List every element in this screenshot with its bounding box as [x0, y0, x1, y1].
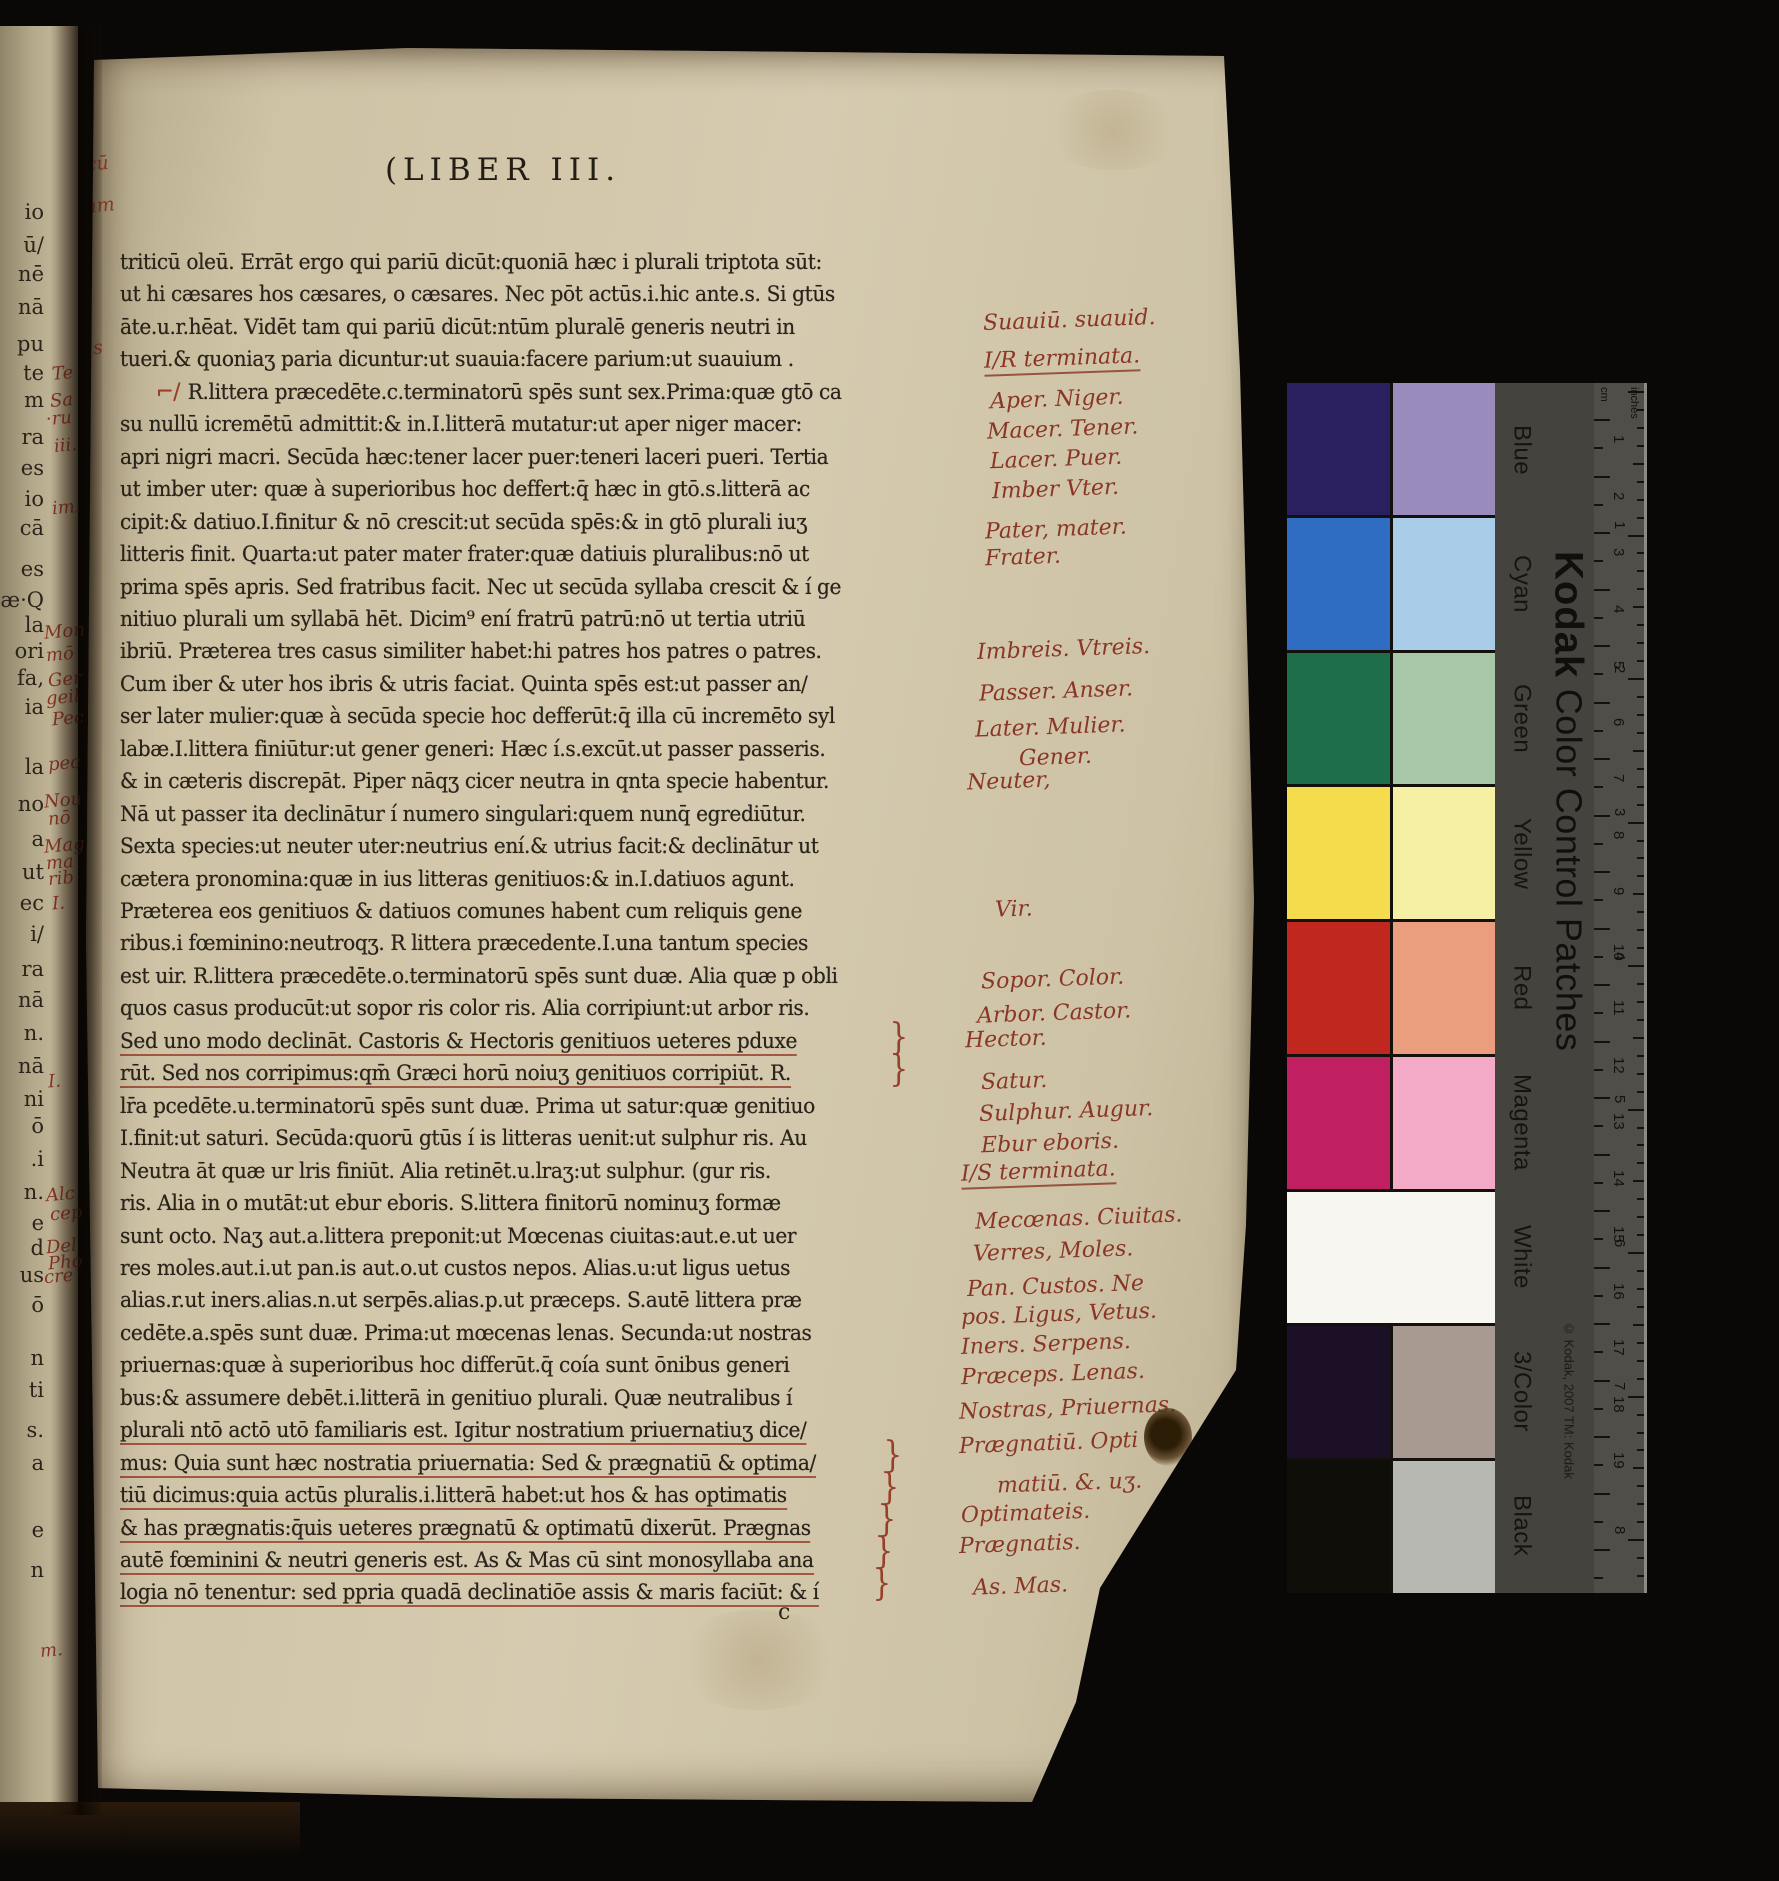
tint-green [1393, 653, 1496, 785]
ruler-inch-tick [1633, 1324, 1644, 1326]
card-label-blue: Blue [1501, 383, 1541, 517]
ruler-cm-tick [1594, 871, 1610, 873]
margin-note: Satur. [981, 1068, 1048, 1095]
ruler-inch-tick [1633, 606, 1644, 608]
text-line-text: I.finit:ut saturi. Secūda:quorū gtūs í i… [120, 1126, 807, 1150]
text-line: plurali ntō actō utō familiaris est. Igi… [120, 1418, 806, 1442]
ink-blot [1144, 1408, 1192, 1466]
ruler-inch-tick [1637, 1144, 1644, 1146]
margin-note: Suauiū. suauid. [983, 305, 1156, 336]
ruler-inch-tick [1637, 1557, 1644, 1559]
ruler-cm-tick [1594, 1549, 1610, 1551]
verso-red-fragment: cep [49, 1202, 83, 1226]
ruler-inch-tick [1637, 983, 1644, 985]
ruler-inch-tick [1637, 499, 1644, 501]
patch-black [1287, 1461, 1390, 1593]
ruler-cm-tick [1594, 560, 1603, 562]
ruler-inch-number: 2 [1611, 665, 1628, 673]
card-label-text: Yellow [1507, 818, 1535, 890]
ruler-inch-tick [1633, 893, 1644, 895]
text-line: priuernas:quæ à superioribus hoc differū… [120, 1353, 789, 1377]
ruler-inch-tick [1637, 1234, 1644, 1236]
verso-red-fragment: m. [39, 1639, 64, 1662]
ruler-cm-tick [1594, 815, 1610, 817]
ruler-cm-tick [1594, 899, 1603, 901]
text-line-text: cætera pronomina:quæ in ius litteras gen… [120, 867, 794, 891]
patch-cyan [1287, 518, 1390, 650]
card-brand-text: Kodak Color Control Patches [1545, 551, 1590, 1051]
margin-note: Hector. [965, 1026, 1048, 1054]
verso-text-fragment: ra [21, 957, 44, 981]
ruler-inch-tick [1628, 535, 1644, 537]
card-copyright: © Kodak, 2007 TM: Kodak [1561, 1321, 1576, 1479]
ruler-cm-tick [1594, 928, 1610, 930]
text-line: ut imber uter: quæ à superioribus hoc de… [120, 477, 810, 501]
ruler-inch-tick [1637, 1360, 1644, 1362]
verso-page-edge: ioū/nēnāputemraesiocāesæ·Qlaorifa,ialano… [0, 26, 78, 1815]
ruler-inch-tick [1637, 481, 1644, 483]
ruler-inch-tick [1633, 1467, 1644, 1469]
margin-note: Neuter, [967, 768, 1051, 796]
verso-text-fragment: io [25, 200, 44, 224]
ruler-inch-tick [1637, 696, 1644, 698]
ruler-cm-number: 8 [1610, 831, 1627, 839]
patch-white [1287, 1192, 1495, 1324]
text-line-text: prima spēs apris. Sed fratribus facit. N… [120, 575, 841, 599]
text-line: autē fœminini & neutri generis est. As &… [120, 1548, 814, 1572]
ruler-cm-tick [1594, 984, 1610, 986]
ruler-inch-tick [1637, 1216, 1644, 1218]
ruler-inch-tick [1628, 1539, 1644, 1541]
verso-red-fragment: geil [45, 686, 80, 710]
verso-text-fragment: e [32, 1211, 44, 1235]
verso-text-fragment: cā [20, 516, 44, 540]
ruler-inch-tick [1637, 1162, 1644, 1164]
verso-text-fragment: nā [18, 988, 44, 1012]
ruler-inch-tick [1637, 1521, 1644, 1523]
card-label-text: Cyan [1507, 555, 1535, 613]
verso-text-fragment: i/ [30, 922, 44, 946]
ruler-inch-tick [1637, 1378, 1644, 1380]
verso-red-fragment: iii. [53, 434, 78, 457]
ruler-inch-tick [1637, 804, 1644, 806]
text-line: & in cæteris discrepāt. Piper nāqʒ cicer… [120, 769, 829, 793]
ruler-inch-tick [1637, 1575, 1644, 1577]
ruler-inch-tick [1637, 1198, 1644, 1200]
text-line-text: alias.r.ut iners.alias.n.ut serpēs.alias… [120, 1288, 802, 1312]
ruler-cm-tick [1594, 1069, 1603, 1071]
verso-red-fragment: I. [47, 1070, 62, 1092]
card-label-text: White [1507, 1225, 1535, 1289]
ruler-inch-tick [1637, 911, 1644, 913]
text-line: labæ.I.littera finiūtur:ut gener generi:… [120, 737, 825, 761]
card-label-cyan: Cyan [1501, 517, 1541, 651]
margin-note: Optimateis. [961, 1499, 1091, 1528]
ruler-inch-tick [1637, 409, 1644, 411]
text-line: apri nigri macri. Secūda hæc:tener lacer… [120, 445, 828, 469]
margin-note: Imber Vter. [992, 475, 1120, 504]
ruler-inch-tick [1637, 1432, 1644, 1434]
text-line-text: R.littera præcedēte.c.terminatorū spēs s… [188, 380, 842, 404]
text-line: ibriū. Præterea tres casus similiter hab… [120, 639, 822, 663]
ruler-inch-number: 3 [1611, 808, 1628, 816]
text-line-text: est uir. R.littera præcedēte.o.terminato… [120, 964, 838, 988]
text-line: āte.u.r.hēat. Vidēt tam qui pariū dicūt:… [120, 315, 795, 339]
verso-text-fragment: ut [22, 860, 44, 884]
verso-red-fragment: Mon [43, 619, 86, 643]
ruler-inch-tick [1637, 427, 1644, 429]
ruler-inch-tick [1628, 822, 1644, 824]
ruler-inch-tick [1637, 1019, 1644, 1021]
margin-note: Mecœnas. Ciuitas. [975, 1202, 1183, 1234]
text-line-text: quos casus producūt:ut sopor ris color r… [120, 996, 809, 1020]
ruler-cm-tick [1594, 1323, 1610, 1325]
card-label-white: White [1501, 1190, 1541, 1324]
ruler-inch-number: 7 [1611, 1382, 1628, 1390]
text-line-text: ris. Alia in o mutāt:ut ebur eboris. S.l… [120, 1191, 781, 1215]
text-line: Sexta species:ut neuter uter:neutrius en… [120, 834, 818, 858]
verso-red-fragment: Te [51, 362, 74, 385]
verso-text-fragment: n. [24, 1180, 44, 1204]
ruler-cm-number: 9 [1610, 887, 1627, 895]
margin-note: Iners. Serpens. [961, 1329, 1132, 1360]
ruler-cm-tick [1594, 786, 1603, 788]
text-line-text: ser later mulier:quæ à secūda specie hoc… [120, 704, 835, 728]
text-line-text: rūt. Sed nos corripimus:qm̄ Græci horū n… [120, 1061, 791, 1088]
ruler-cm-tick [1594, 1464, 1603, 1466]
text-line: cedēte.a.spēs sunt duæ. Prima:ut mœcenas… [120, 1321, 811, 1345]
ruler-cm-tick [1594, 673, 1603, 675]
ruler-cm-number: 7 [1610, 774, 1627, 782]
ruler-inch-tick [1637, 732, 1644, 734]
text-line: Cum iber & uter hos ibris & utris faciat… [120, 672, 807, 696]
ruler-cm-tick [1594, 532, 1610, 534]
verso-red-fragment: Pec [51, 707, 85, 731]
verso-text-fragment: s. [27, 1418, 44, 1442]
ruler-inch-tick [1637, 1306, 1644, 1308]
text-line-text: priuernas:quæ à superioribus hoc differū… [120, 1353, 789, 1377]
margin-note: Imbreis. Vtreis. [977, 634, 1151, 665]
ruler-cm-tick [1594, 1351, 1603, 1353]
verso-red-fragment: cre [43, 1265, 74, 1288]
tint-black [1393, 1461, 1496, 1593]
verso-red-fragment: rib [47, 867, 75, 890]
ruler-inch-tick [1628, 1109, 1644, 1111]
margin-note: Gener. [1019, 744, 1093, 772]
ruler-cm-tick [1594, 1097, 1610, 1099]
ruler-inch-tick [1633, 750, 1644, 752]
ruler-cm-tick [1594, 589, 1610, 591]
verso-text-fragment: e [32, 1518, 44, 1542]
card-label-text: Magenta [1507, 1074, 1535, 1171]
margin-note: matiū. &. uʒ. [997, 1468, 1143, 1498]
verso-text-fragment: pu [17, 332, 44, 356]
ruler-inch-tick [1637, 768, 1644, 770]
ruler-cm-tick [1594, 1125, 1603, 1127]
tint-yellow [1393, 787, 1496, 919]
text-line-text: autē fœminini & neutri generis est. As &… [120, 1548, 814, 1575]
text-line: ris. Alia in o mutāt:ut ebur eboris. S.l… [120, 1191, 781, 1215]
ruler-inch-number: 8 [1611, 1526, 1628, 1534]
tint-3/color [1393, 1326, 1496, 1458]
ruler-inch-tick [1637, 1055, 1644, 1057]
margin-note: Sopor. Color. [981, 965, 1125, 995]
ruler-cm-tick [1594, 504, 1603, 506]
ruler-cm-tick [1594, 758, 1610, 760]
ruler-cm-tick [1594, 1408, 1603, 1410]
ruler-inch-tick [1628, 678, 1644, 680]
text-line-text: Sed uno modo declināt. Castoris & Hector… [120, 1029, 797, 1056]
ruler-inch-tick [1637, 714, 1644, 716]
margin-note: Lacer. Puer. [990, 445, 1123, 475]
ruler-cm-number: 6 [1610, 718, 1627, 726]
verso-text-fragment: nā [18, 1054, 44, 1078]
text-line: litteris finit. Quarta:ut pater mater fr… [120, 542, 809, 566]
text-line: quos casus producūt:ut sopor ris color r… [120, 996, 809, 1020]
tint-red [1393, 922, 1496, 1054]
verso-text-fragment: ū/ [23, 233, 44, 257]
ruler-cm-label: cm [1598, 387, 1610, 402]
text-line-text: res moles.aut.i.ut pan.is aut.o.ut custo… [120, 1256, 790, 1280]
margin-note: Nostras, Priuernas. [959, 1392, 1177, 1425]
verso-text-fragment: nā [18, 295, 44, 319]
text-line-text: ut hi cæsares hos cæsares, o cæsares. Ne… [120, 282, 835, 306]
text-line: Neutra āt quæ ur lris finiūt. Alia retin… [120, 1159, 771, 1183]
text-line-text: su nullū icremētū admittit:& in.I.litter… [120, 412, 802, 436]
card-label-magenta: Magenta [1501, 1055, 1541, 1189]
ruler-cm-tick [1594, 1210, 1610, 1212]
ruler-cm-tick [1594, 1238, 1603, 1240]
ruler-inch-tick [1633, 1180, 1644, 1182]
patch-yellow [1287, 787, 1390, 919]
ruler-inch-tick [1628, 391, 1644, 393]
ruler-inch-tick [1637, 1091, 1644, 1093]
stain [1038, 90, 1188, 170]
ruler-cm-number: 3 [1610, 548, 1627, 556]
text-line-text: & in cæteris discrepāt. Piper nāqʒ cicer… [120, 769, 829, 793]
margin-note: pos. Ligus, Vetus. [961, 1299, 1158, 1331]
ruler-inch-tick [1637, 570, 1644, 572]
ruler-cm-number: 13 [1610, 1113, 1627, 1130]
text-line: est uir. R.littera præcedēte.o.terminato… [120, 964, 838, 988]
verso-text-fragment: ni [24, 1087, 44, 1111]
card-title [1548, 678, 1589, 689]
ruler-cm-tick [1594, 617, 1603, 619]
ruler-inch-tick [1628, 1252, 1644, 1254]
verso-text-fragment: a [31, 827, 44, 851]
card-label-text: Green [1507, 684, 1535, 753]
text-line: ut hi cæsares hos cæsares, o cæsares. Ne… [120, 282, 835, 306]
ruler-cm-tick [1594, 956, 1603, 958]
stain [668, 1610, 848, 1710]
ruler-inch-tick [1637, 1288, 1644, 1290]
ruler-inch-number: 6 [1611, 1239, 1628, 1247]
margin-note: I/S terminata. [961, 1156, 1117, 1189]
verso-text-fragment: no [18, 792, 44, 816]
verso-text-fragment: a [31, 1451, 44, 1475]
margin-note: Sulphur. Augur. [979, 1096, 1154, 1127]
ruler-cm-number: 4 [1610, 605, 1627, 613]
verso-text-fragment: ō [31, 1293, 44, 1317]
page-header: (LIBER III. [338, 152, 668, 188]
ruler-inch-tick [1637, 1485, 1644, 1487]
text-line-text: ut imber uter: quæ à superioribus hoc de… [120, 477, 810, 501]
ruler-inch-tick [1633, 463, 1644, 465]
ruler-cm-tick [1594, 645, 1610, 647]
ruler-inch-tick [1637, 517, 1644, 519]
margin-note: Verres, Moles. [973, 1236, 1134, 1267]
card-label-text: Black [1507, 1495, 1535, 1556]
verso-text-fragment: ori [15, 639, 44, 663]
text-line: ⌐/R.littera præcedēte.c.terminatorū spēs… [156, 380, 842, 405]
red-bracket-mark: } [890, 1047, 909, 1090]
tint-magenta [1393, 1057, 1496, 1189]
ruler-cm-tick [1594, 419, 1610, 421]
ruler-cm-tick [1594, 1436, 1610, 1438]
patch-3/color [1287, 1326, 1390, 1458]
ruler-cm-tick [1594, 1380, 1610, 1382]
text-line-text: sunt octo. Naʒ aut.a.littera preponit:ut… [120, 1224, 796, 1248]
text-line: prima spēs apris. Sed fratribus facit. N… [120, 575, 841, 599]
margin-note: Macer. Tener. [987, 414, 1139, 444]
margin-note: Prægnatiū. Opti [959, 1428, 1139, 1459]
tint-cyan [1393, 518, 1496, 650]
text-line: bus:& assumere debēt.i.litterā in geniti… [120, 1386, 792, 1410]
ruler-cm-tick [1594, 1521, 1603, 1523]
margin-note: Frater. [985, 544, 1062, 572]
text-line: Sed uno modo declināt. Castoris & Hector… [120, 1029, 797, 1053]
margin-note: Pater, mater. [985, 515, 1128, 545]
verso-text-fragment: te [23, 361, 44, 385]
ruler-cm-number: 1 [1610, 435, 1627, 443]
red-paragraph-mark: ⌐/ [156, 380, 180, 405]
ruler-cm-tick [1594, 1577, 1603, 1579]
text-line-text: plurali ntō actō utō familiaris est. Igi… [120, 1418, 806, 1445]
card-label-black: Black [1501, 1459, 1541, 1593]
verso-red-fragment: ·ru [45, 407, 73, 430]
text-line-text: Neutra āt quæ ur lris finiūt. Alia retin… [120, 1159, 771, 1183]
ruler-inch-tick [1628, 965, 1644, 967]
binding-edge [0, 1802, 300, 1881]
margin-note: Aper. Niger. [990, 385, 1124, 415]
verso-text-fragment: nē [18, 262, 44, 286]
text-line-text: lr̄a pcedēte.u.terminatorū spēs sunt duæ… [120, 1094, 815, 1118]
verso-text-fragment: n. [24, 1021, 44, 1045]
ruler-inch-tick [1637, 552, 1644, 554]
margin-note: Ebur eboris. [981, 1129, 1120, 1159]
verso-red-fragment: nō [47, 807, 71, 830]
text-line-text: cedēte.a.spēs sunt duæ. Prima:ut mœcenas… [120, 1321, 811, 1345]
color-patches [1287, 383, 1495, 1593]
card-label-text: Blue [1507, 425, 1535, 475]
text-line: ribus.i fœminino:neutroqʒ. R littera præ… [120, 931, 808, 955]
verso-red-fragment: I. [51, 892, 66, 914]
card-label-3/color: 3/Color [1501, 1324, 1541, 1458]
ruler-cm-number: 14 [1610, 1170, 1627, 1187]
patch-magenta [1287, 1057, 1390, 1189]
ruler-cm-tick [1594, 730, 1603, 732]
text-line: su nullū icremētū admittit:& in.I.litter… [120, 412, 802, 436]
card-label-text: Red [1507, 965, 1535, 1011]
text-line-text: Sexta species:ut neuter uter:neutrius en… [120, 834, 818, 858]
verso-text-fragment: la [25, 613, 44, 637]
ruler-inch-tick [1637, 1127, 1644, 1129]
ruler-inch-tick [1628, 1396, 1644, 1398]
text-line-text: āte.u.r.hēat. Vidēt tam qui pariū dicūt:… [120, 315, 795, 339]
card-label-yellow: Yellow [1501, 786, 1541, 920]
patch-blue [1287, 383, 1390, 515]
ruler-inch-number: 1 [1611, 521, 1628, 529]
ruler-inch-tick [1637, 624, 1644, 626]
text-line-text: Nā ut passer ita declinātur í numero sin… [120, 802, 806, 826]
margin-note: I/R terminata. [984, 343, 1141, 376]
margin-note: Vir. [995, 896, 1033, 922]
ruler-inch-tick [1637, 1073, 1644, 1075]
text-line: & has prægnatis:q̄uis ueteres prægnatū &… [120, 1516, 811, 1540]
ruler-cm-tick [1594, 1012, 1603, 1014]
ruler-inch-tick [1637, 929, 1644, 931]
card-label-text: 3/Color [1507, 1351, 1535, 1432]
text-line-text: Cum iber & uter hos ibris & utris faciat… [120, 672, 807, 696]
kodak-brand: Kodak [1546, 551, 1590, 678]
red-bracket-mark: } [873, 1561, 892, 1604]
text-line: cipit:& datiuo.I.finitur & nō crescit:ut… [120, 510, 807, 534]
ruler-inch-tick [1637, 1414, 1644, 1416]
text-line-text: & has prægnatis:q̄uis ueteres prægnatū &… [120, 1516, 811, 1543]
margin-note: Præceps. Lenas. [961, 1359, 1146, 1390]
ruler-cm-tick [1594, 1154, 1610, 1156]
ruler-inch-number: 5 [1611, 1095, 1628, 1103]
margin-note: Passer. Anser. [979, 676, 1134, 706]
ruler-cm-number: 2 [1610, 492, 1627, 500]
text-line: Præterea eos genitiuos & datiuos comunes… [120, 899, 802, 923]
margin-note: Arbor. Castor. [977, 998, 1132, 1028]
verso-text-fragment: d [31, 1236, 44, 1260]
ruler-inch-tick [1637, 947, 1644, 949]
ruler-cm-tick [1594, 447, 1603, 449]
ruler-inch-tick [1637, 1503, 1644, 1505]
verso-text-fragment: la [25, 755, 44, 779]
text-line: lr̄a pcedēte.u.terminatorū spēs sunt duæ… [120, 1094, 815, 1118]
verso-text-fragment: ec [20, 891, 44, 915]
kodak-color-card: Kodak Color Control Patches © Kodak, 200… [1287, 383, 1647, 1593]
text-line-text: bus:& assumere debēt.i.litterā in geniti… [120, 1386, 792, 1410]
verso-text-fragment: n [30, 1558, 44, 1582]
verso-text-fragment: .i [31, 1147, 44, 1171]
verso-text-fragment: æ·Q [0, 588, 44, 612]
verso-text-fragment: fa, [17, 666, 44, 690]
card-label-red: Red [1501, 921, 1541, 1055]
ruler-inch-tick [1633, 1037, 1644, 1039]
ruler-inch-number: 4 [1611, 952, 1628, 960]
text-line-text: tiū dicimus:quia actūs pluralis.i.litter… [120, 1483, 787, 1510]
ruler-cm-tick [1594, 1295, 1603, 1297]
text-line-text: ibriū. Præterea tres casus similiter hab… [120, 639, 822, 663]
ruler-inch-tick [1637, 875, 1644, 877]
margin-note: Prægnatis. [959, 1530, 1081, 1559]
text-line: logia nō tenentur: sed ppria quadā decli… [120, 1580, 819, 1604]
ruler-cm-number: 16 [1610, 1283, 1627, 1300]
text-line: tiū dicimus:quia actūs pluralis.i.litter… [120, 1483, 787, 1507]
verso-red-fragment: mō [45, 643, 75, 666]
ruler-inch-tick [1637, 588, 1644, 590]
photo-stage: ioū/nēnāputemraesiocāesæ·Qlaorifa,ialano… [0, 0, 1779, 1881]
verso-text-fragment: ti [29, 1378, 44, 1402]
ruler-cm-tick [1594, 1182, 1603, 1184]
text-line-text: cipit:& datiuo.I.finitur & nō crescit:ut… [120, 510, 807, 534]
ruler-inch-tick [1637, 1270, 1644, 1272]
text-line: tueri.& quoniaʒ paria dicuntur:ut suauia… [120, 347, 794, 371]
